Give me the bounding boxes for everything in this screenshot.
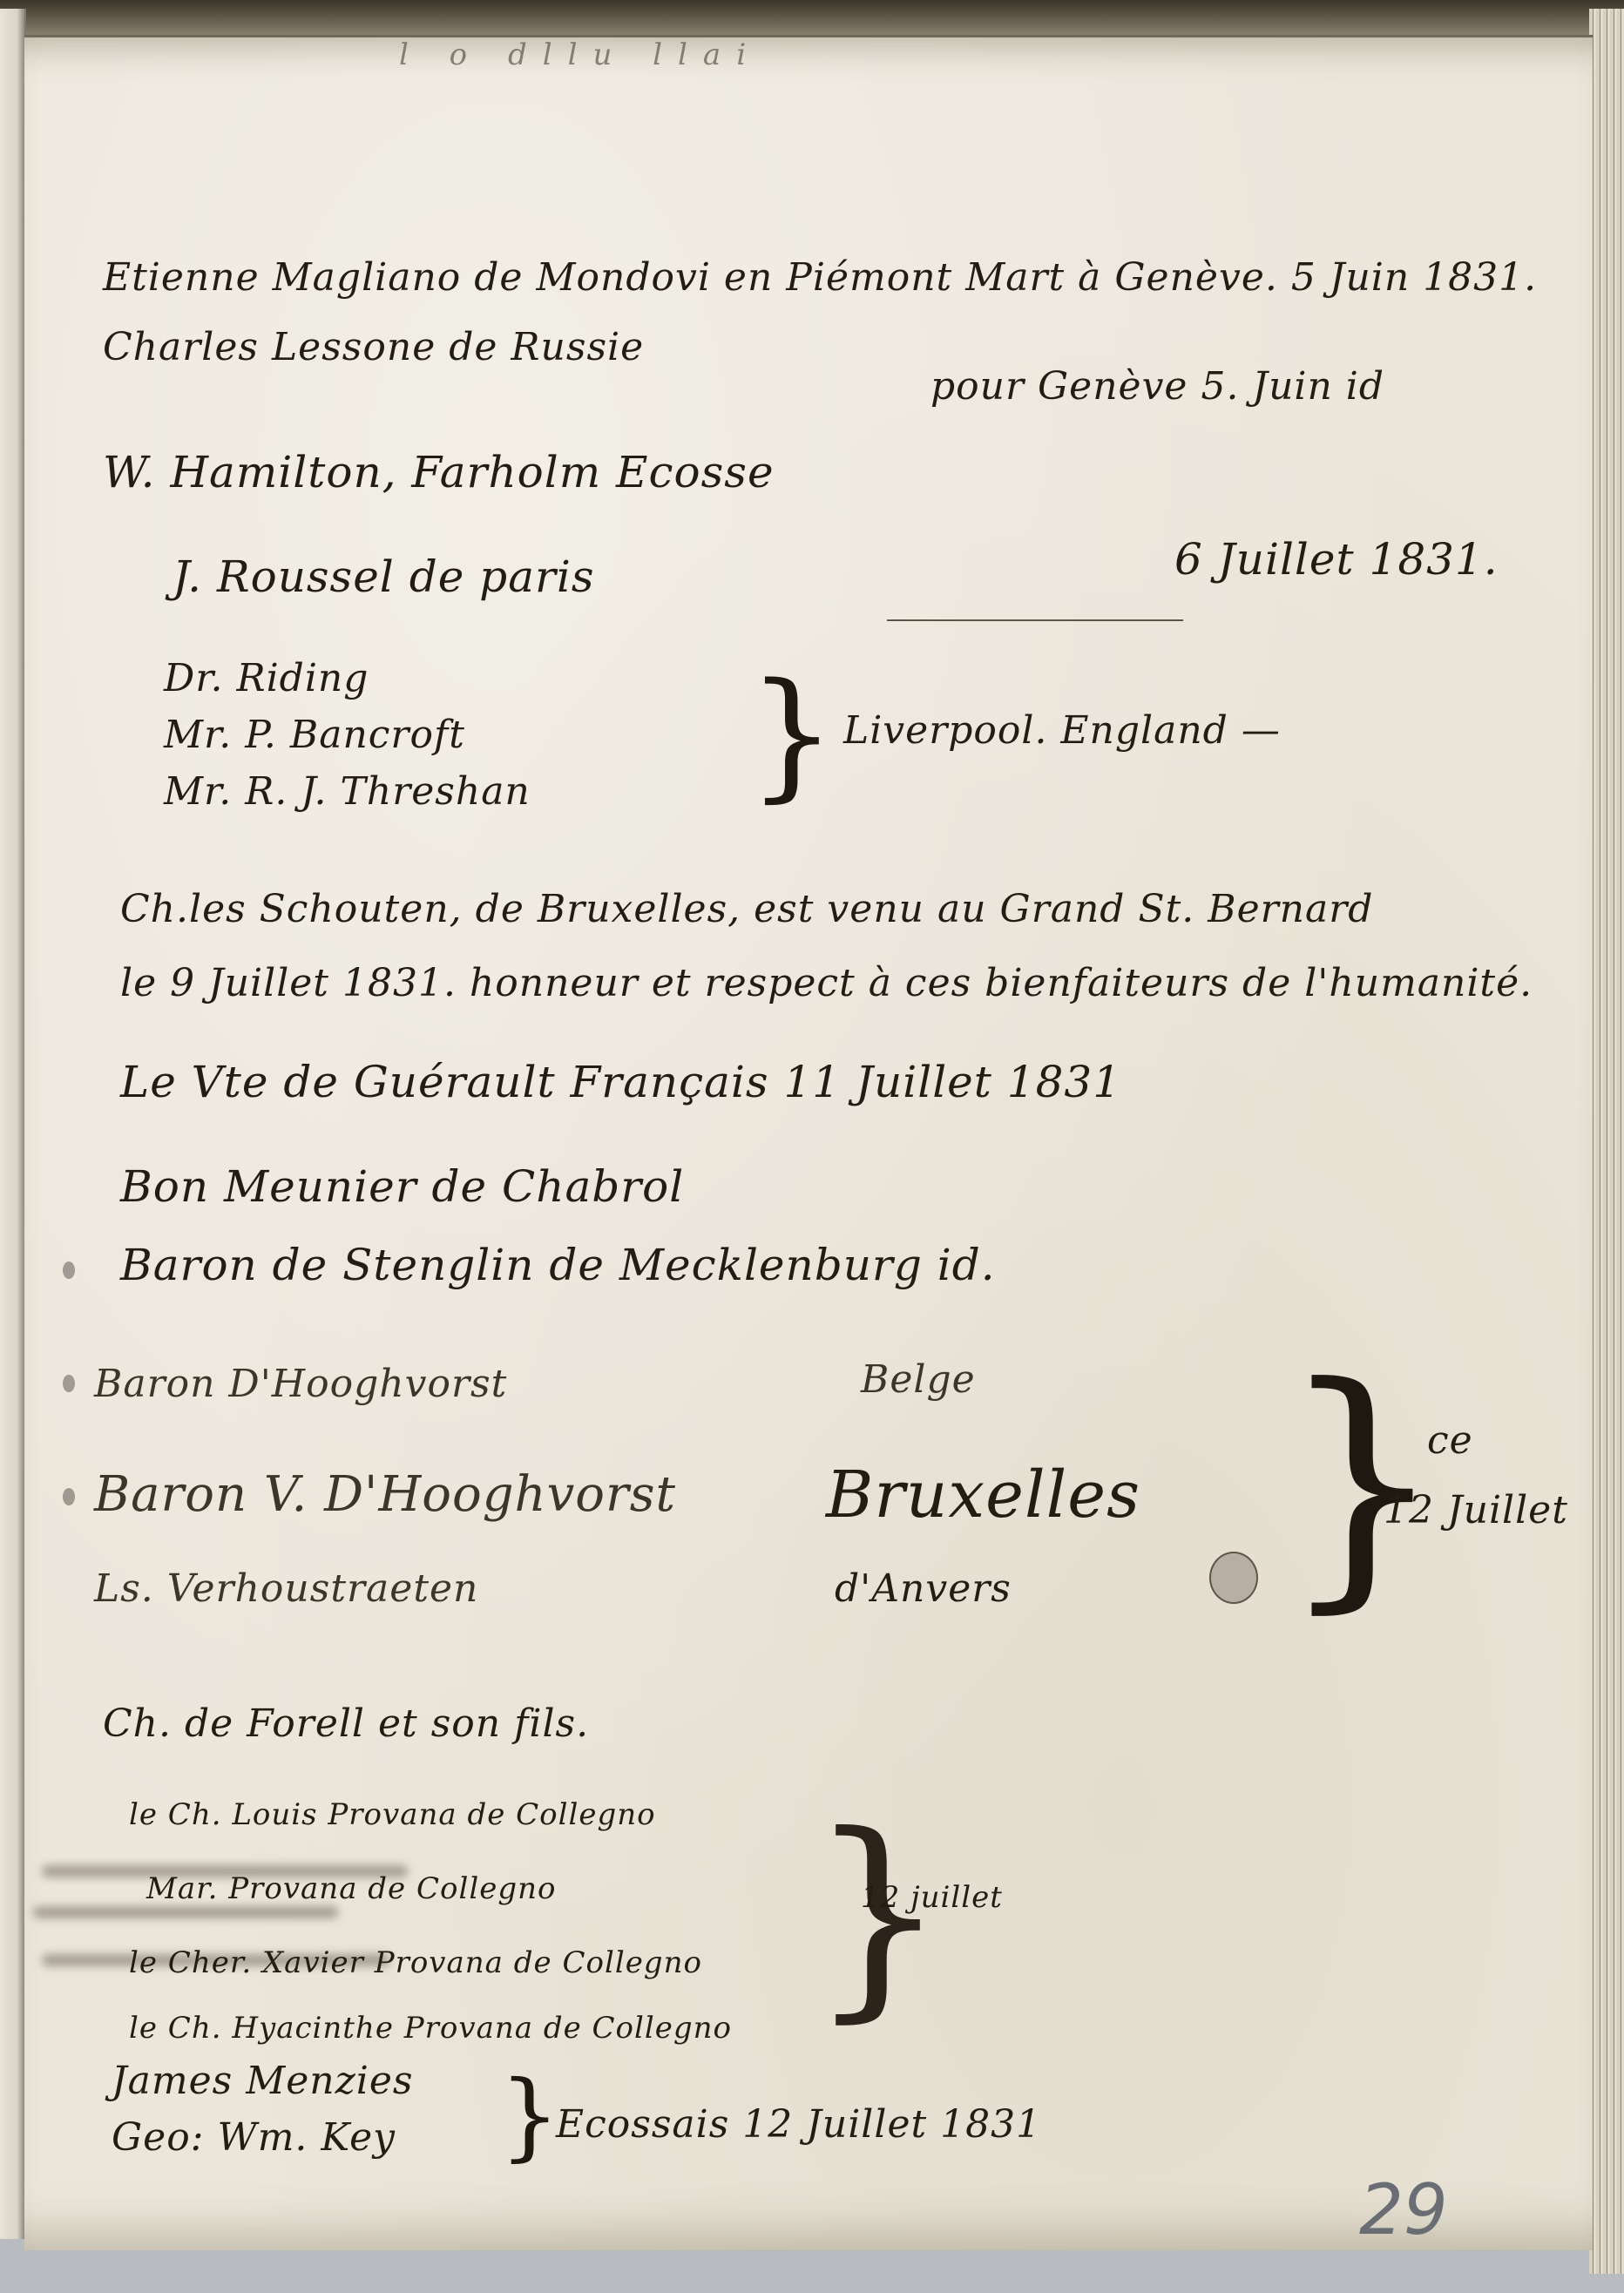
- entry-schouten-line-2: le 9 Juillet 1831. honneur et respect à …: [120, 961, 1533, 1005]
- belge-name-3: Ls. Verhoustraeten: [94, 1566, 478, 1611]
- collegno-name-5: le Ch. Hyacinthe Provana de Collegno: [129, 2011, 732, 2046]
- entry-roussel: J. Roussel de paris: [173, 551, 595, 602]
- collegno-date: 12 juillet: [861, 1880, 1003, 1915]
- collegno-name-4: le Cher. Xavier Provana de Collegno: [129, 1945, 702, 1980]
- collegno-name-3: Mar. Provana de Collegno: [146, 1871, 556, 1906]
- separator-rule: [887, 619, 1183, 621]
- ecossais-name-2: Geo: Wm. Key: [112, 2115, 396, 2160]
- liverpool-name-2: Mr. P. Bancroft: [164, 713, 465, 757]
- top-header-fragment: l o dllu llai: [399, 37, 761, 72]
- right-page-stack: [1589, 9, 1624, 2274]
- belge-city-bruxelles: Bruxelles: [826, 1458, 1140, 1532]
- brace-collegno-group: }: [809, 1806, 947, 2024]
- collegno-name-1: Ch. de Forell et son fils.: [103, 1701, 589, 1746]
- brace-liverpool-group: }: [748, 665, 836, 804]
- belge-name-2: Baron V. D'Hooghvorst: [94, 1466, 676, 1523]
- margin-dot: [63, 1261, 75, 1279]
- register-page: l o dllu llai Etienne Magliano de Mondov…: [24, 35, 1593, 2250]
- margin-dot: [63, 1375, 75, 1392]
- belge-name-1: Baron D'Hooghvorst: [94, 1362, 507, 1406]
- entry-schouten-line-1: Ch.les Schouten, de Bruxelles, est venu …: [120, 887, 1373, 931]
- collegno-name-2: le Ch. Louis Provana de Collegno: [129, 1797, 656, 1832]
- liverpool-location: Liverpool. England —: [843, 708, 1281, 753]
- belge-date-label: ce: [1427, 1418, 1473, 1463]
- wax-stain: [1209, 1552, 1258, 1604]
- brace-belge-group: }: [1279, 1353, 1445, 1614]
- entry-magliano: Etienne Magliano de Mondovi en Piémont M…: [103, 255, 1537, 300]
- ecossais-name-1: James Menzies: [112, 2059, 414, 2103]
- liverpool-name-3: Mr. R. J. Threshan: [164, 769, 531, 814]
- belge-city-anvers: d'Anvers: [835, 1566, 1012, 1611]
- belge-nationality: Belge: [861, 1357, 976, 1402]
- entry-chabrol: Bon Meunier de Chabrol: [120, 1161, 684, 1212]
- entry-stenglin: Baron de Stenglin de Mecklenburg id.: [120, 1240, 996, 1290]
- entry-hamilton: W. Hamilton, Farholm Ecosse: [103, 447, 775, 497]
- margin-dot: [63, 1488, 75, 1505]
- brace-ecossais-group: }: [499, 2067, 560, 2163]
- entry-lessone-destination: pour Genève 5. Juin id: [930, 364, 1384, 409]
- belge-date: 12 Juillet: [1384, 1488, 1568, 1532]
- liverpool-name-1: Dr. Riding: [164, 656, 369, 700]
- page-number: 29: [1359, 2169, 1448, 2250]
- entry-roussel-date: 6 Juillet 1831.: [1174, 534, 1499, 585]
- entry-lessone: Charles Lessone de Russie: [103, 325, 644, 369]
- ink-smudge: [33, 1906, 338, 1918]
- entry-guerault: Le Vte de Guérault Français 11 Juillet 1…: [120, 1057, 1121, 1107]
- left-page-edge: [0, 9, 26, 2239]
- ecossais-nationality-date: Ecossais 12 Juillet 1831: [556, 2102, 1041, 2147]
